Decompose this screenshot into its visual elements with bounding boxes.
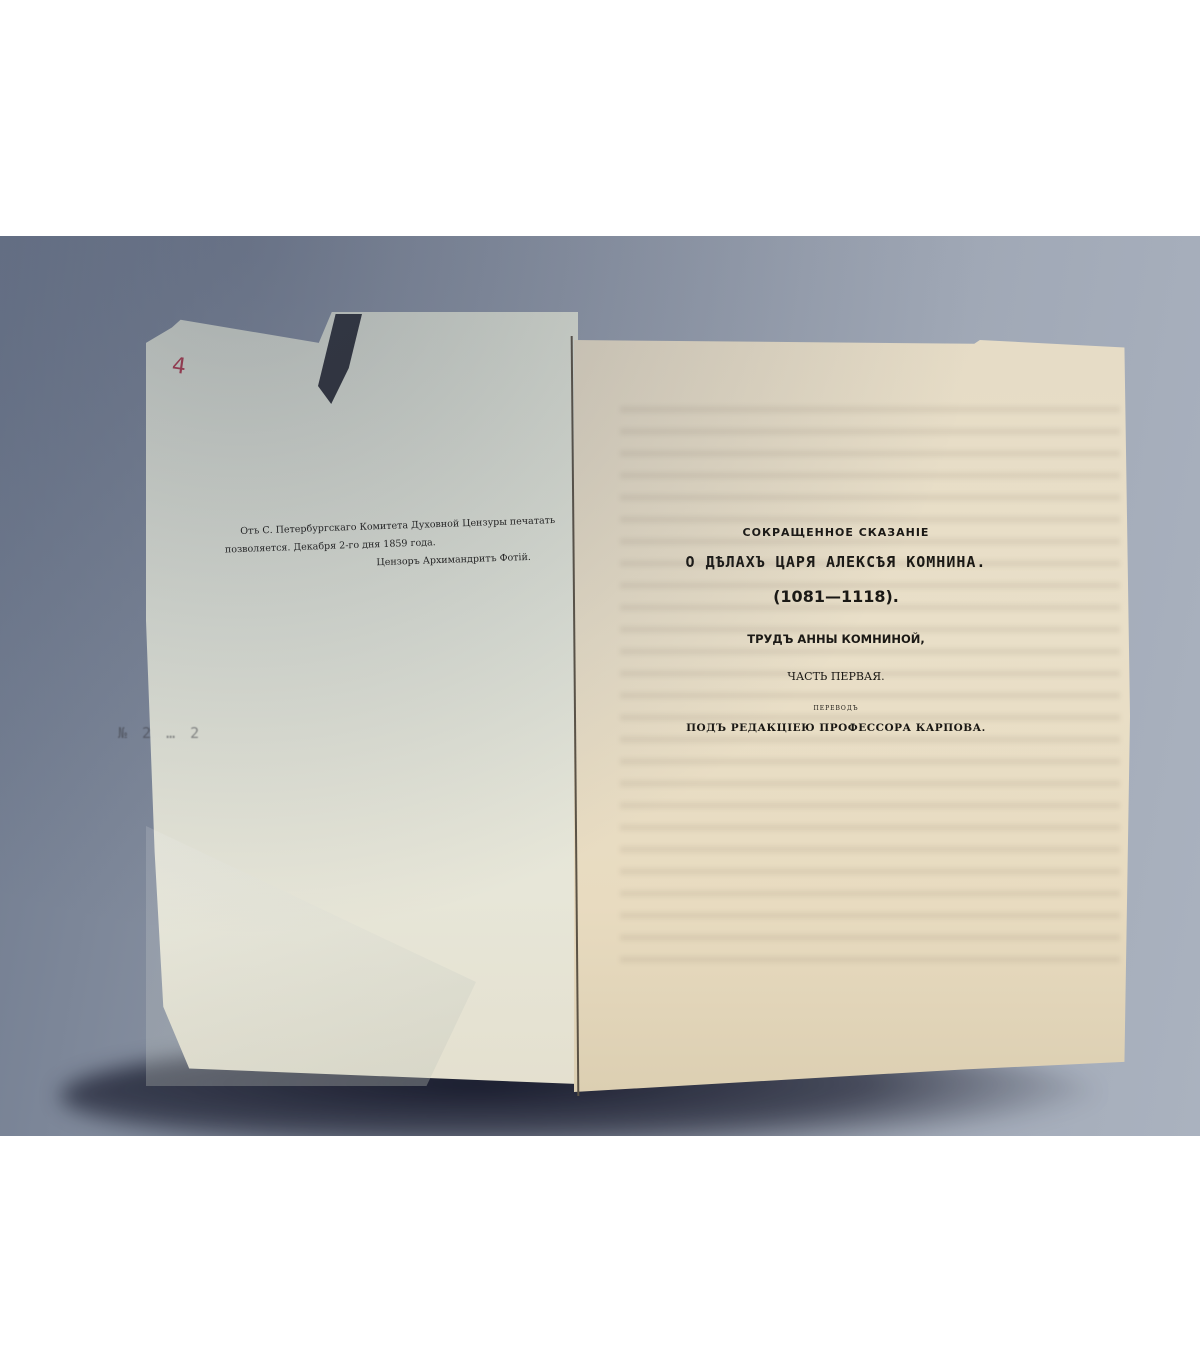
translation-label: ПЕРЕВОДЪ bbox=[576, 705, 1096, 712]
part-line: ЧАСТЬ ПЕРВАЯ. bbox=[576, 670, 1096, 683]
library-stamp: № 2 … 2 bbox=[118, 724, 202, 742]
author-line: ТРУДЪ АННЫ КОМНИНОЙ, bbox=[576, 632, 1096, 646]
title-block: СОКРАЩЕННОЕ СКАЗАНІЕ О ДѢЛАХЪ ЦАРЯ АЛЕКС… bbox=[576, 526, 1096, 734]
title-line-1: СОКРАЩЕННОЕ СКАЗАНІЕ bbox=[576, 526, 1096, 539]
censor-note: Отъ С. Петербургскаго Комитета Духовной … bbox=[240, 512, 557, 577]
title-dates: (1081—1118). bbox=[576, 587, 1096, 606]
editor-line: ПОДЪ РЕДАКЦІЕЮ ПРОФЕССОРА КАРПОВА. bbox=[576, 722, 1096, 734]
title-line-2: О ДѢЛАХЪ ЦАРЯ АЛЕКСѢЯ КОМНИНА. bbox=[576, 553, 1096, 571]
book-photo: 4 Отъ С. Петербургскаго Комитета Духовно… bbox=[0, 236, 1200, 1136]
